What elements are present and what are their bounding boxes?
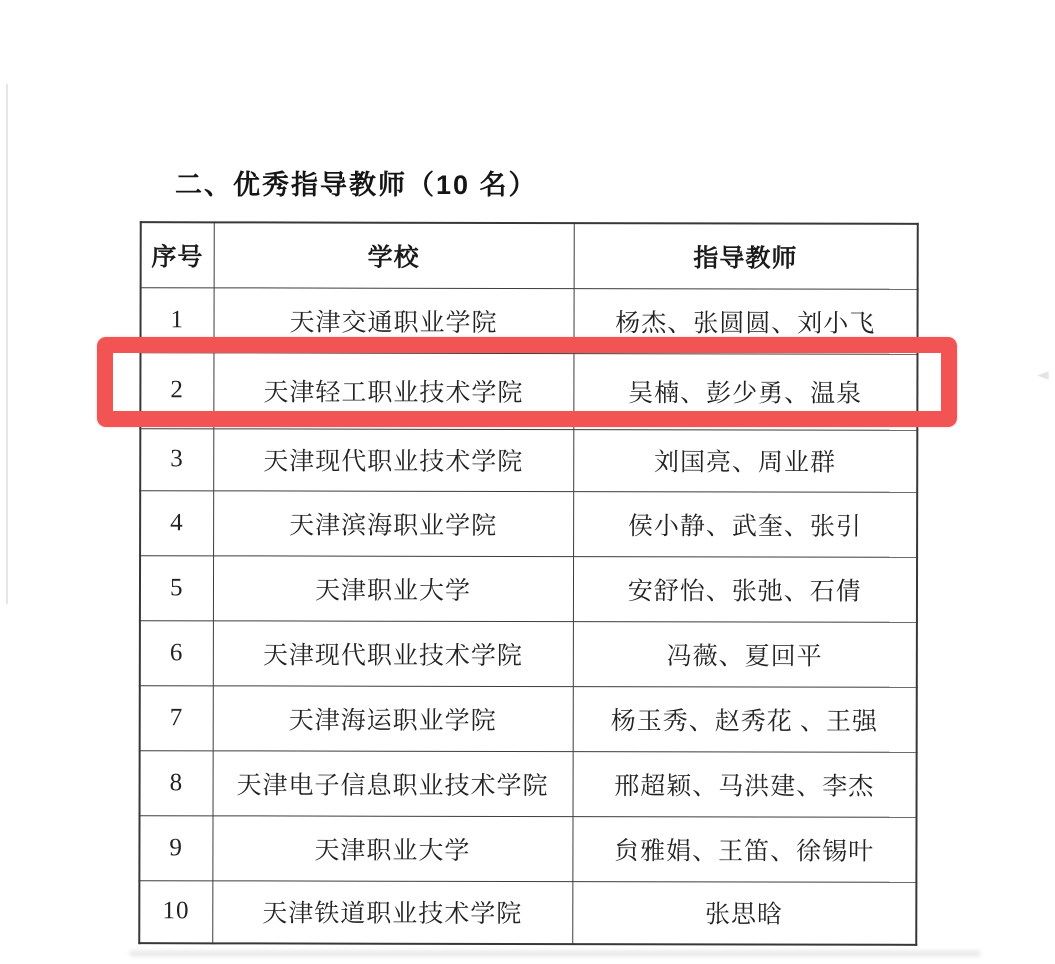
teachers-cell: 贠雅娟、王笛、徐锡叶	[572, 816, 916, 882]
row-number-cell: 4	[140, 490, 213, 555]
school-cell: 天津滨海职业学院	[213, 490, 573, 556]
table-row: 5天津职业大学安舒怡、张弛、石倩	[140, 555, 917, 622]
teachers-cell: 杨杰、张圆圆、刘小飞	[573, 288, 917, 354]
row-number-cell: 5	[140, 555, 213, 620]
school-cell: 天津职业大学	[213, 555, 573, 621]
school-cell: 天津交通职业学院	[213, 287, 573, 353]
scan-mark-artifact	[1037, 371, 1049, 380]
table-row: 2天津轻工职业技术学院吴楠、彭少勇、温泉	[140, 352, 917, 430]
teachers-cell: 冯薇、夏回平	[573, 621, 917, 687]
teachers-cell: 吴楠、彭少勇、温泉	[573, 353, 917, 430]
header-cell-teachers: 指导教师	[574, 223, 918, 289]
header-cell-number: 序号	[141, 222, 214, 287]
row-number-cell: 10	[139, 880, 212, 943]
table-body: 1天津交通职业学院杨杰、张圆圆、刘小飞2天津轻工职业技术学院吴楠、彭少勇、温泉3…	[139, 287, 917, 945]
section-title: 二、优秀指导教师（10 名）	[175, 163, 538, 202]
row-number-cell: 3	[140, 428, 213, 490]
row-number-cell: 7	[140, 685, 213, 750]
table-row: 6天津现代职业技术学院冯薇、夏回平	[140, 620, 917, 687]
school-cell: 天津海运职业学院	[213, 685, 573, 751]
table-row: 9天津职业大学贠雅娟、王笛、徐锡叶	[139, 815, 916, 882]
teachers-cell: 侯小静、武奎、张引	[573, 491, 917, 557]
teachers-cell: 邢超颖、马洪建、李杰	[573, 751, 917, 817]
scan-smudge-artifact	[130, 951, 980, 956]
teachers-cell: 杨玉秀、赵秀花 、王强	[573, 686, 917, 752]
school-cell: 天津电子信息职业技术学院	[213, 750, 573, 816]
awards-table-wrapper: 序号 学校 指导教师 1天津交通职业学院杨杰、张圆圆、刘小飞2天津轻工职业技术学…	[138, 221, 919, 946]
header-row: 序号 学校 指导教师	[141, 222, 918, 289]
school-cell: 天津现代职业技术学院	[213, 428, 573, 491]
row-number-cell: 8	[140, 750, 213, 815]
table-header: 序号 学校 指导教师	[141, 222, 918, 289]
row-number-cell: 2	[140, 352, 213, 428]
table-row: 3天津现代职业技术学院刘国亮、周业群	[140, 428, 917, 492]
table-row: 4天津滨海职业学院侯小静、武奎、张引	[140, 490, 917, 557]
header-cell-school: 学校	[214, 222, 574, 288]
table-row: 10天津铁道职业技术学院张思晗	[139, 880, 916, 945]
school-cell: 天津现代职业技术学院	[213, 620, 573, 686]
table-row: 1天津交通职业学院杨杰、张圆圆、刘小飞	[140, 287, 917, 354]
row-number-cell: 1	[140, 287, 213, 352]
school-cell: 天津铁道职业技术学院	[212, 880, 572, 944]
table-row: 8天津电子信息职业技术学院邢超颖、马洪建、李杰	[140, 750, 917, 817]
row-number-cell: 6	[140, 620, 213, 685]
teachers-cell: 安舒怡、张弛、石倩	[573, 556, 917, 622]
teachers-cell: 张思晗	[572, 881, 916, 945]
teachers-cell: 刘国亮、周业群	[573, 429, 917, 492]
table-row: 7天津海运职业学院杨玉秀、赵秀花 、王强	[140, 685, 917, 752]
scan-edge-artifact	[6, 84, 8, 604]
school-cell: 天津轻工职业技术学院	[213, 352, 573, 429]
awards-table: 序号 学校 指导教师 1天津交通职业学院杨杰、张圆圆、刘小飞2天津轻工职业技术学…	[138, 221, 919, 946]
row-number-cell: 9	[139, 815, 212, 880]
school-cell: 天津职业大学	[212, 815, 572, 881]
